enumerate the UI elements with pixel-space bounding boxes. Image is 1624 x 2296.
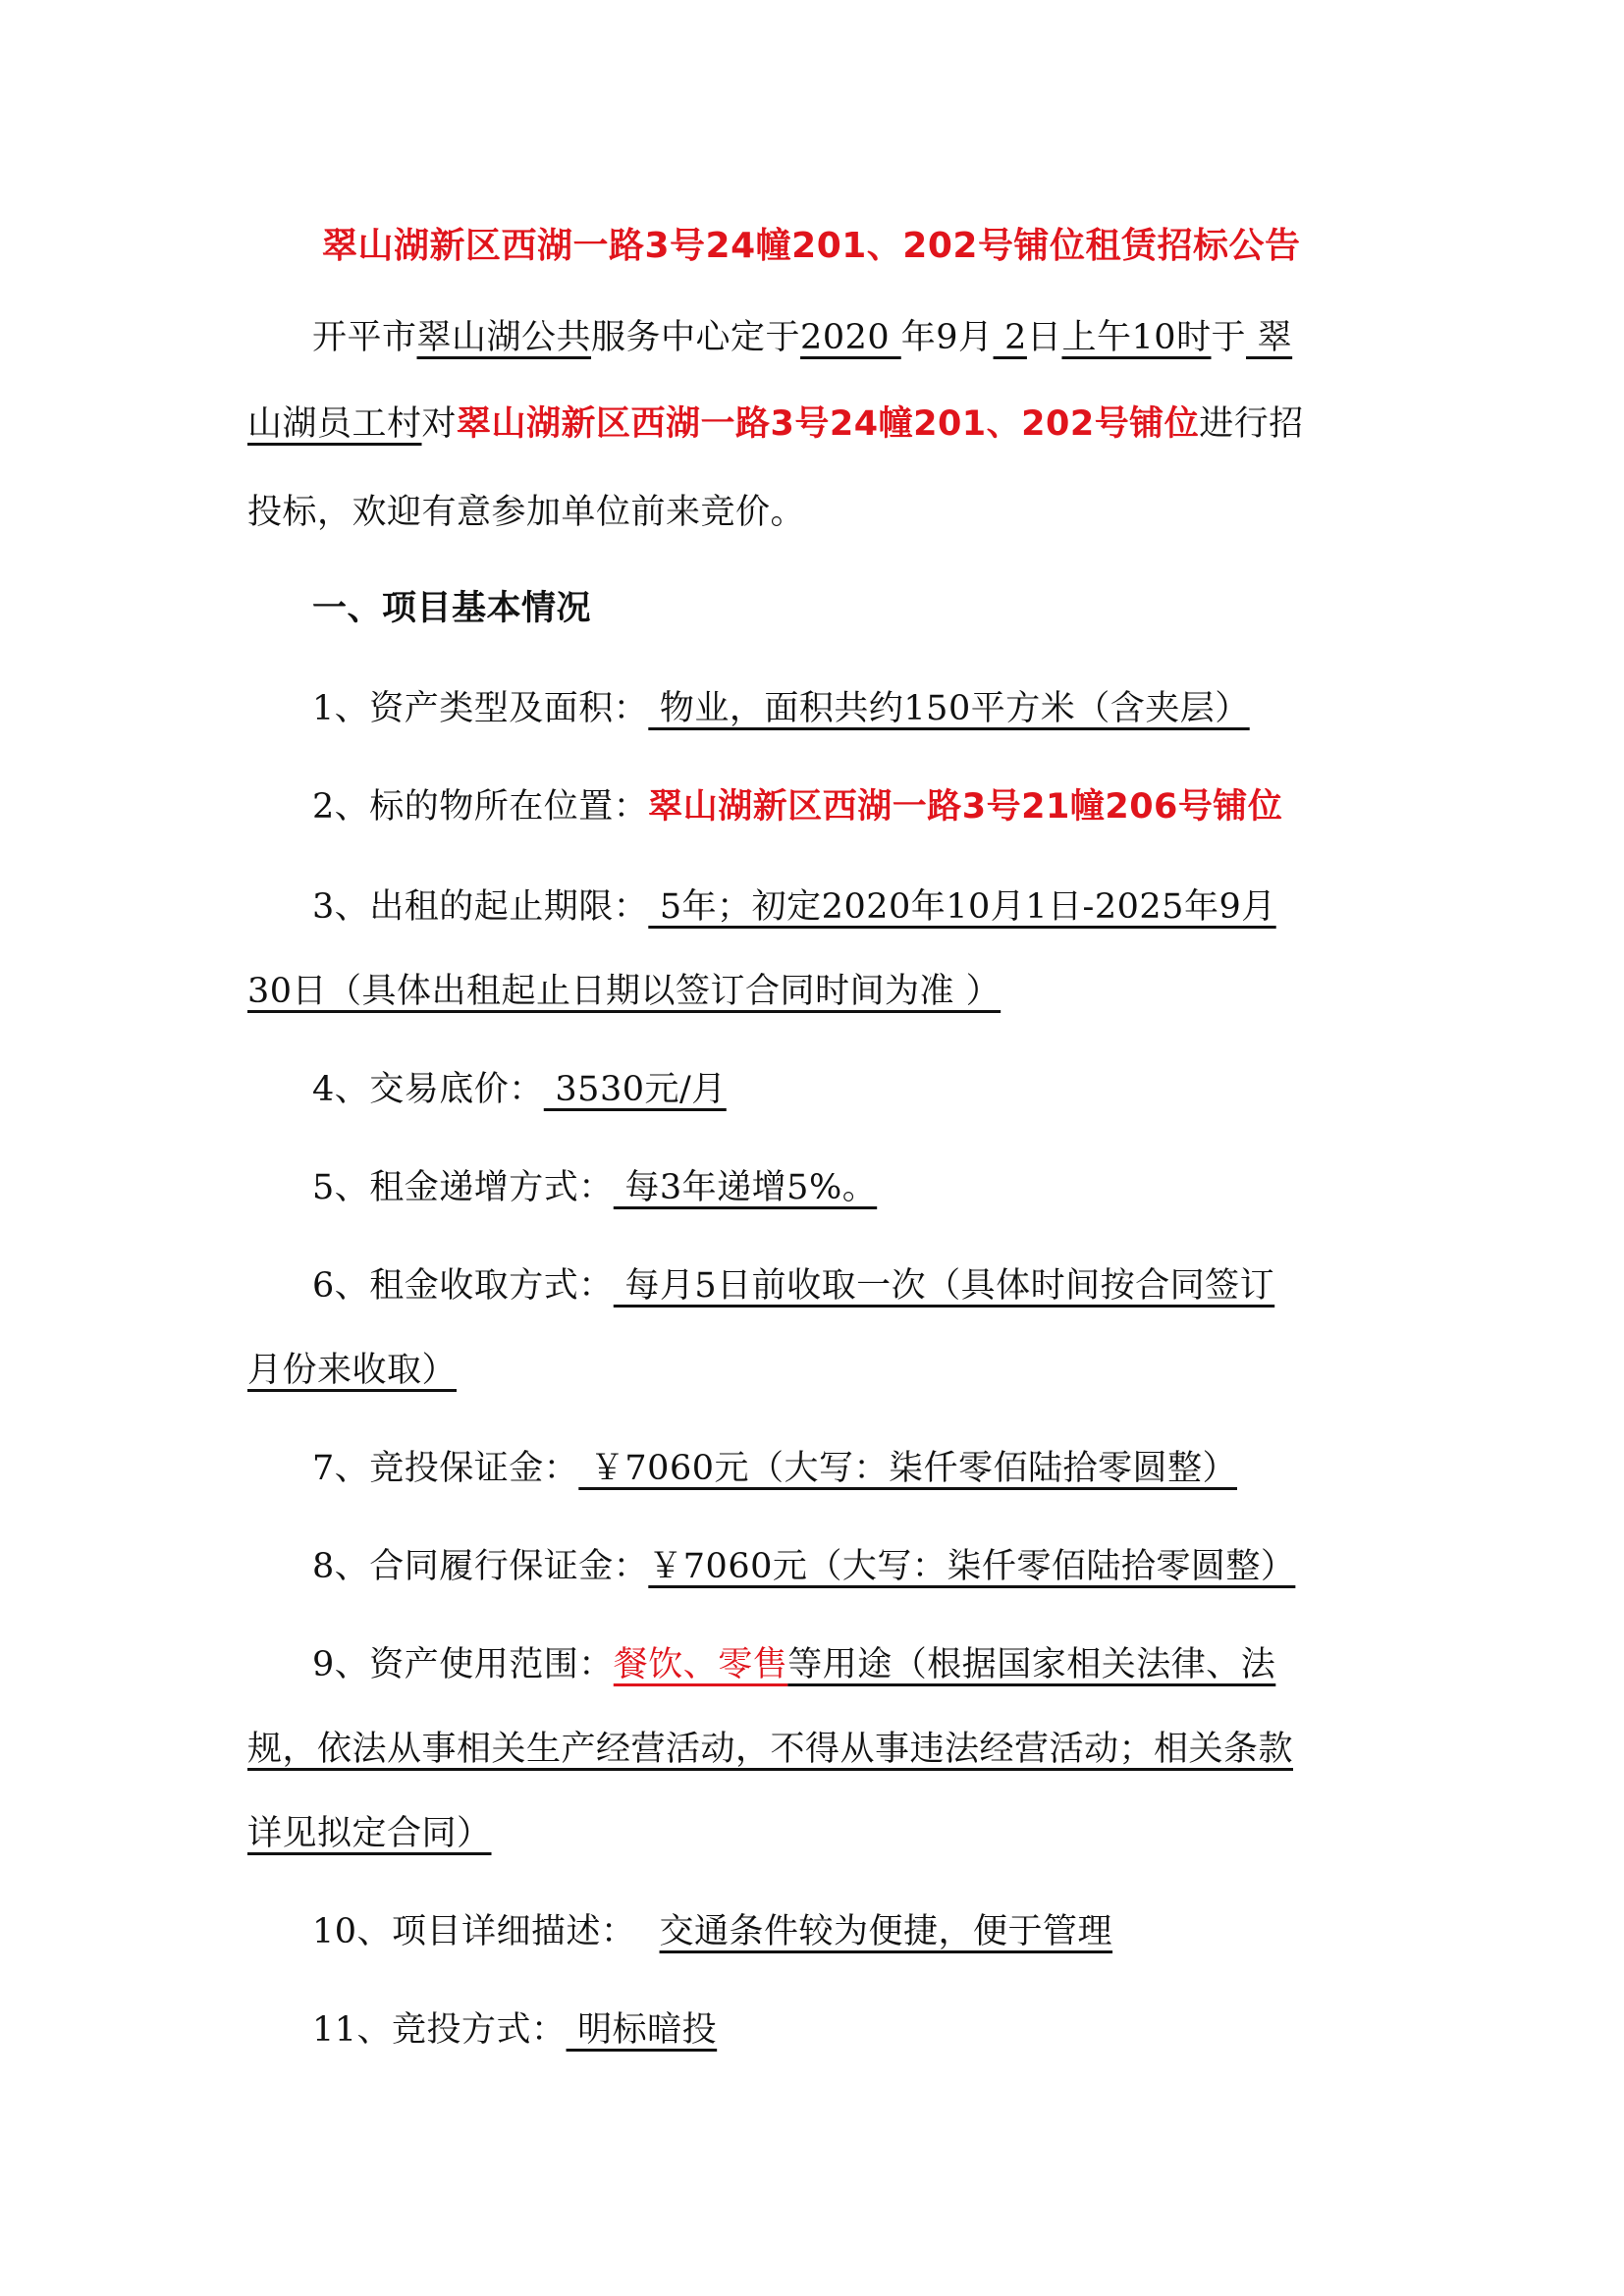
item-label: 3、出租的起止期限： xyxy=(312,887,648,927)
bid-place: 翠 xyxy=(1246,318,1292,357)
item-5: 5、租金递增方式： 每3年递增5%。 xyxy=(312,1166,877,1209)
item-11: 11、竞投方式： 明标暗投 xyxy=(312,2008,717,2052)
item-7: 7、竞投保证金： ￥7060元（大写：柒仟零佰陆拾零圆整） xyxy=(312,1447,1237,1490)
item-value: 30日（具体出租起止日期以签订合同时间为准 ） xyxy=(247,972,1001,1011)
item-2: 2、标的物所在位置：翠山湖新区西湖一路3号21幢206号铺位 xyxy=(312,785,1282,828)
bid-target: 翠山湖新区西湖一路3号24幢201、202号铺位 xyxy=(457,404,1199,444)
item-value: ￥7060元（大写：柒仟零佰陆拾零圆整） xyxy=(648,1547,1295,1586)
item-value: 每3年递增5%。 xyxy=(614,1168,877,1207)
item-9-cont: 规，依法从事相关生产经营活动，不得从事违法经营活动；相关条款 xyxy=(247,1728,1293,1771)
intro-text: 年9月 xyxy=(901,318,994,357)
item-value: 详见拟定合同） xyxy=(247,1814,492,1853)
item-label: 7、竞投保证金： xyxy=(312,1449,578,1488)
bid-place: 山湖员工村 xyxy=(247,404,422,444)
item-value: 5年；初定2020年10月1日-2025年9月 xyxy=(648,887,1275,927)
item-label: 1、资产类型及面积： xyxy=(312,689,648,728)
item-label: 11、竞投方式： xyxy=(312,2010,567,2050)
item-value: 交通条件较为便捷，便于管理 xyxy=(660,1912,1113,1951)
intro-text: 于 xyxy=(1212,318,1247,357)
item-value: 物业，面积共约150平方米（含夹层） xyxy=(648,689,1249,728)
item-value: 每月5日前收取一次（具体时间按合同签订 xyxy=(614,1266,1274,1306)
intro-line-2: 山湖员工村对翠山湖新区西湖一路3号24幢201、202号铺位进行招 xyxy=(247,402,1304,446)
intro-text: 开平市 xyxy=(312,318,417,357)
item-9-cont2: 详见拟定合同） xyxy=(247,1812,492,1855)
intro-text: 进行招 xyxy=(1199,404,1304,444)
item-label: 10、项目详细描述： xyxy=(312,1912,636,1951)
item-label: 5、租金递增方式： xyxy=(312,1168,614,1207)
intro-text: 对 xyxy=(422,404,458,444)
bid-year: 2020 xyxy=(800,318,901,357)
item-value: ￥7060元（大写：柒仟零佰陆拾零圆整） xyxy=(578,1449,1237,1488)
item-value: 3530元/月 xyxy=(544,1070,727,1109)
intro-line-3: 投标，欢迎有意参加单位前来竞价。 xyxy=(247,491,805,534)
item-6-cont: 月份来收取） xyxy=(247,1349,457,1392)
item-label: 6、租金收取方式： xyxy=(312,1266,614,1306)
item-label: 2、标的物所在位置： xyxy=(312,787,648,827)
item-value: 等用途（根据国家相关法律、法 xyxy=(787,1645,1275,1684)
item-4: 4、交易底价： 3530元/月 xyxy=(312,1068,727,1111)
document-title: 翠山湖新区西湖一路3号24幢201、202号铺位租赁招标公告 xyxy=(322,218,1300,268)
intro-text: 投标，欢迎有意参加单位前来竞价。 xyxy=(247,493,805,532)
bid-time: 上午10时 xyxy=(1061,318,1211,357)
intro-text: 日 xyxy=(1027,318,1062,357)
item-label: 8、合同履行保证金： xyxy=(312,1547,648,1586)
item-9: 9、资产使用范围：餐饮、零售等用途（根据国家相关法律、法 xyxy=(312,1643,1275,1686)
item-3-cont: 30日（具体出租起止日期以签订合同时间为准 ） xyxy=(247,970,1001,1013)
bid-day: 2 xyxy=(994,318,1027,357)
item-value: 翠山湖新区西湖一路3号21幢206号铺位 xyxy=(648,787,1282,827)
item-8: 8、合同履行保证金：￥7060元（大写：柒仟零佰陆拾零圆整） xyxy=(312,1545,1295,1588)
intro-text: 服务中心定于 xyxy=(591,318,800,357)
organization-name: 翠山湖公共 xyxy=(417,318,592,357)
section-heading: 一、项目基本情况 xyxy=(312,587,591,630)
item-1: 1、资产类型及面积： 物业，面积共约150平方米（含夹层） xyxy=(312,687,1250,730)
item-3: 3、出租的起止期限： 5年；初定2020年10月1日-2025年9月 xyxy=(312,885,1276,929)
item-value: 规，依法从事相关生产经营活动，不得从事违法经营活动；相关条款 xyxy=(247,1730,1293,1769)
item-6: 6、租金收取方式： 每月5日前收取一次（具体时间按合同签订 xyxy=(312,1264,1274,1308)
item-label: 9、资产使用范围： xyxy=(312,1645,614,1684)
item-label: 4、交易底价： xyxy=(312,1070,544,1109)
item-10: 10、项目详细描述：交通条件较为便捷，便于管理 xyxy=(312,1910,1112,1953)
item-value: 月份来收取） xyxy=(247,1351,457,1390)
intro-line-1: 开平市翠山湖公共服务中心定于2020 年9月 2日上午10时于 翠 xyxy=(312,316,1292,359)
item-value-highlight: 餐饮、零售 xyxy=(614,1645,788,1684)
item-value: 明标暗投 xyxy=(567,2010,718,2050)
